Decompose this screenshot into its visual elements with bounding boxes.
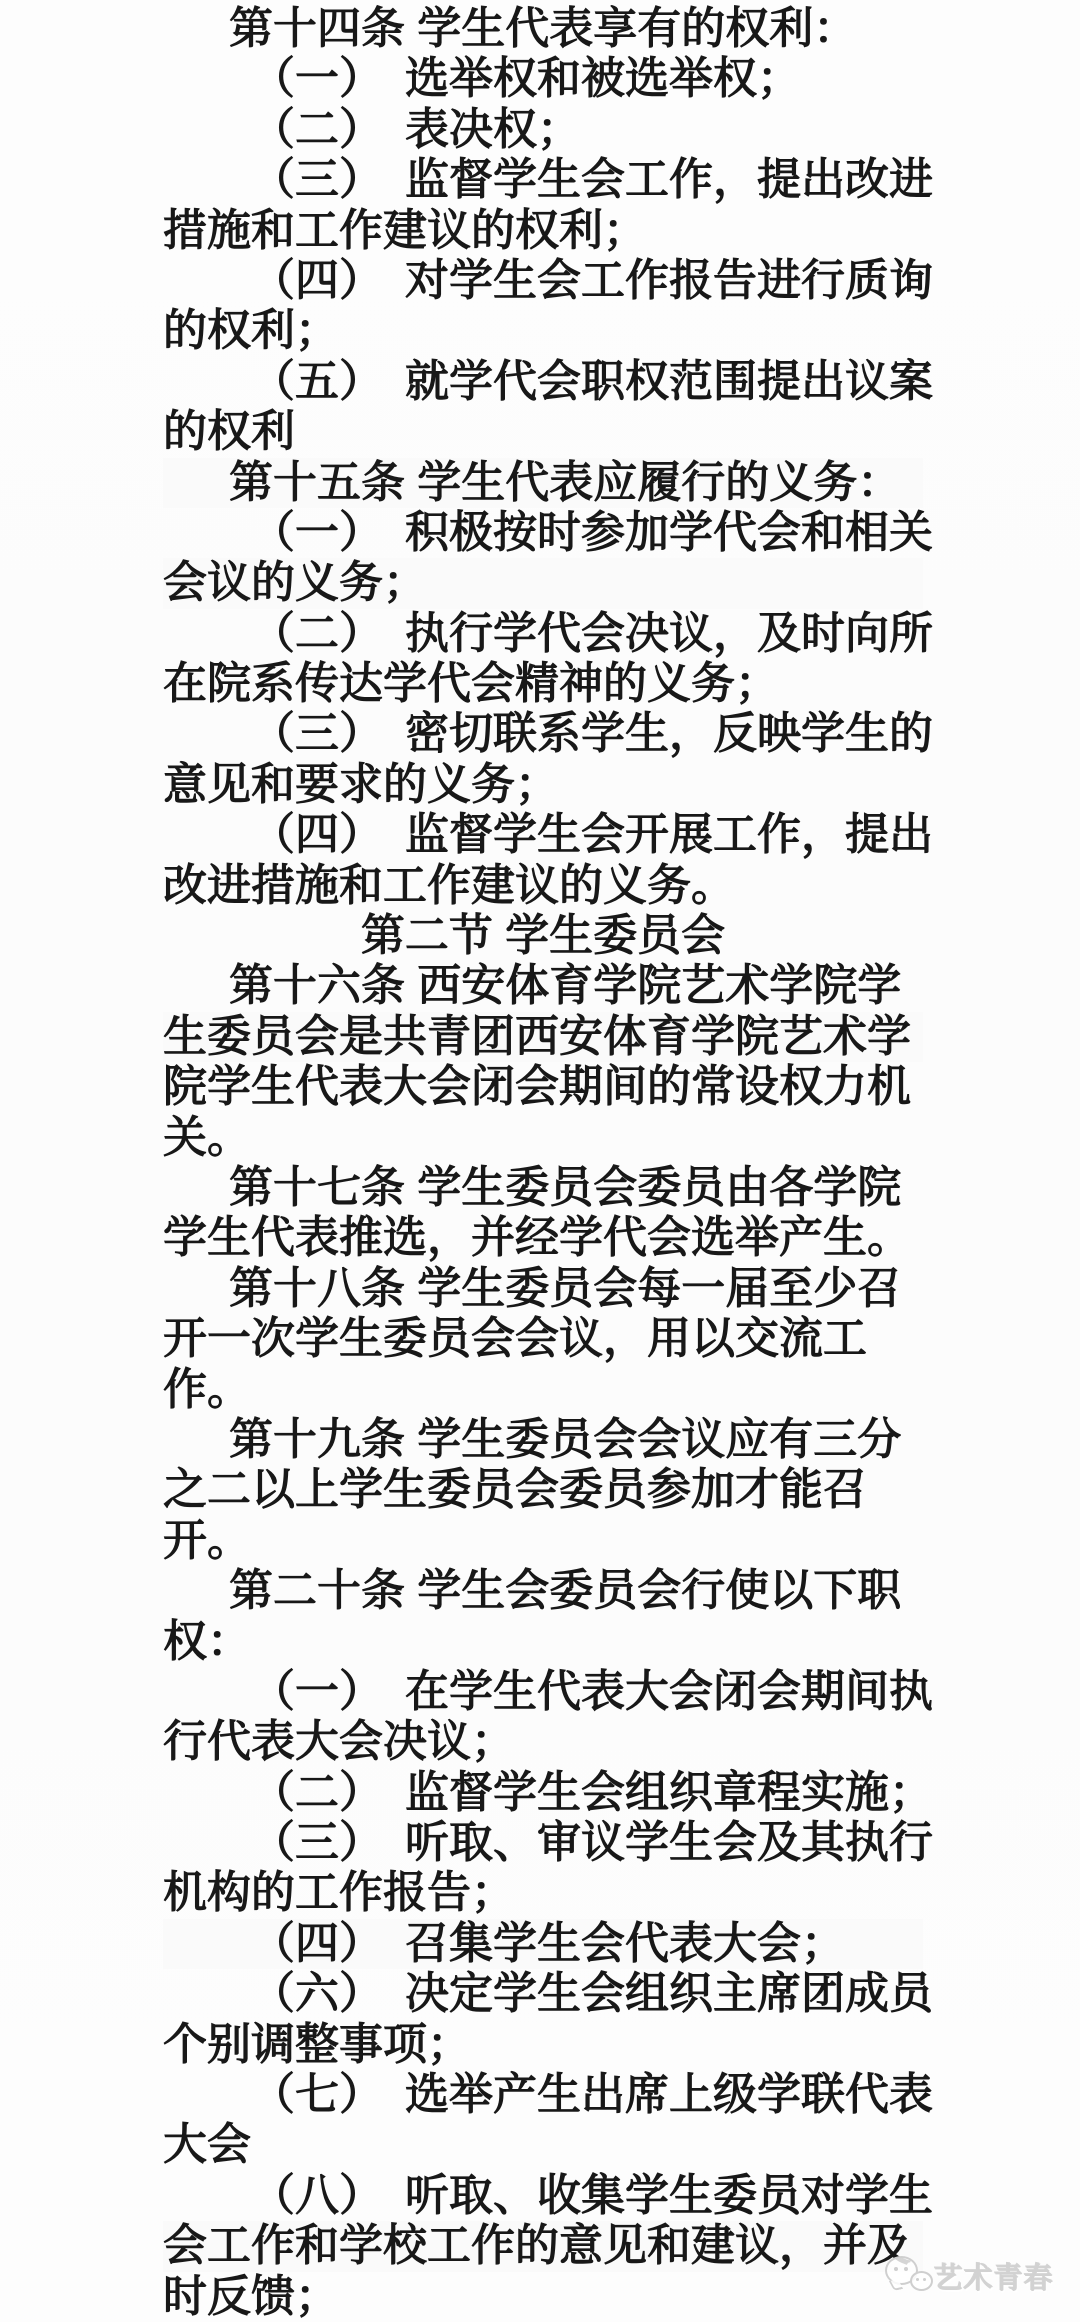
watermark-label: 艺术青春 bbox=[934, 2256, 1054, 2297]
doc-line: 第十五条 学生代表应履行的义务： bbox=[163, 458, 923, 508]
doc-line: 会工作和学校工作的意见和建议，并及 bbox=[163, 2221, 923, 2271]
doc-line: 之二以上学生委员会委员参加才能召 bbox=[163, 1465, 923, 1515]
doc-line: 学生代表推选，并经学代会选举产生。 bbox=[163, 1213, 923, 1263]
wechat-logo-icon bbox=[884, 2252, 934, 2300]
doc-line: 时反馈； bbox=[163, 2272, 923, 2322]
wechat-bubble-small bbox=[910, 2271, 933, 2291]
doc-line: 个别调整事项； bbox=[163, 2020, 923, 2070]
doc-line: （三） 密切联系学生，反映学生的 bbox=[163, 709, 923, 759]
doc-line: 第二十条 学生会委员会行使以下职 bbox=[163, 1566, 923, 1616]
doc-line: 行代表大会决议； bbox=[163, 1717, 923, 1767]
doc-line: （五） 就学代会职权范围提出议案 bbox=[163, 357, 923, 407]
document-text: 第十四条 学生代表享有的权利：（一） 选举权和被选举权；（二） 表决权；（三） … bbox=[163, 4, 923, 2322]
doc-line: （二） 执行学代会决议，及时向所 bbox=[163, 609, 923, 659]
doc-line: （六） 决定学生会组织主席团成员 bbox=[163, 1969, 923, 2019]
doc-line: 第十四条 学生代表享有的权利： bbox=[163, 4, 923, 54]
doc-line: （四） 监督学生会开展工作，提出 bbox=[163, 810, 923, 860]
doc-line: 第十八条 学生委员会每一届至少召 bbox=[163, 1264, 923, 1314]
doc-line: （二） 监督学生会组织章程实施； bbox=[163, 1768, 923, 1818]
doc-line: 院学生代表大会闭会期间的常设权力机 bbox=[163, 1062, 923, 1112]
doc-line: （三） 监督学生会工作，提出改进 bbox=[163, 155, 923, 205]
watermark: 艺术青春 bbox=[884, 2250, 1054, 2302]
doc-line: 的权利； bbox=[163, 306, 923, 356]
doc-line: 意见和要求的义务； bbox=[163, 760, 923, 810]
doc-line: （三） 听取、审议学生会及其执行 bbox=[163, 1818, 923, 1868]
doc-line: （一） 积极按时参加学代会和相关 bbox=[163, 508, 923, 558]
doc-line: 机构的工作报告； bbox=[163, 1868, 923, 1918]
doc-line: 第十九条 学生委员会会议应有三分 bbox=[163, 1415, 923, 1465]
doc-line: 开一次学生委员会会议，用以交流工 bbox=[163, 1314, 923, 1364]
doc-line: （七） 选举产生出席上级学联代表 bbox=[163, 2070, 923, 2120]
doc-line: 第二节 学生委员会 bbox=[163, 911, 923, 961]
doc-line: 的权利 bbox=[163, 407, 923, 457]
doc-line: 生委员会是共青团西安体育学院艺术学 bbox=[163, 1012, 923, 1062]
doc-line: 开。 bbox=[163, 1516, 923, 1566]
doc-line: 权： bbox=[163, 1617, 923, 1667]
doc-line: （一） 在学生代表大会闭会期间执 bbox=[163, 1667, 923, 1717]
doc-line: 第十七条 学生委员会委员由各学院 bbox=[163, 1163, 923, 1213]
doc-line: 改进措施和工作建议的义务。 bbox=[163, 861, 923, 911]
document-page: 第十四条 学生代表享有的权利：（一） 选举权和被选举权；（二） 表决权；（三） … bbox=[0, 0, 1080, 2322]
doc-line: （四） 召集学生会代表大会； bbox=[163, 1919, 923, 1969]
doc-line: （八） 听取、收集学生委员对学生 bbox=[163, 2171, 923, 2221]
doc-line: 大会 bbox=[163, 2120, 923, 2170]
doc-line: 措施和工作建议的权利； bbox=[163, 206, 923, 256]
doc-line: 关。 bbox=[163, 1113, 923, 1163]
doc-line: （二） 表决权； bbox=[163, 105, 923, 155]
doc-line: （四） 对学生会工作报告进行质询 bbox=[163, 256, 923, 306]
doc-line: 作。 bbox=[163, 1365, 923, 1415]
doc-line: 在院系传达学代会精神的义务； bbox=[163, 659, 923, 709]
doc-line: （一） 选举权和被选举权； bbox=[163, 54, 923, 104]
doc-line: 第十六条 西安体育学院艺术学院学 bbox=[163, 961, 923, 1011]
doc-line: 会议的义务； bbox=[163, 558, 923, 608]
